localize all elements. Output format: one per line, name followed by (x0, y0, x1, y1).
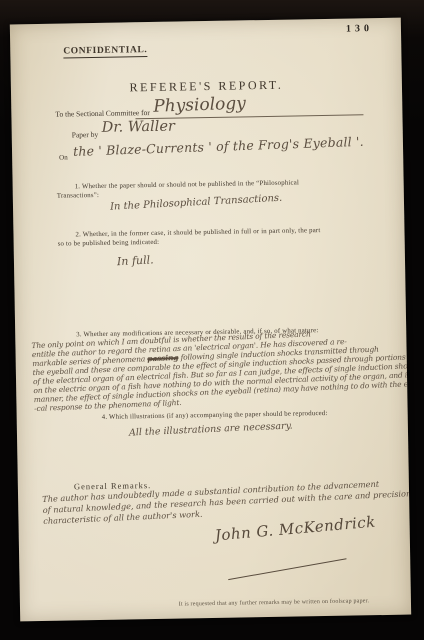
committee-handwritten-value: Physiology (153, 94, 246, 117)
on-label: On (59, 153, 68, 161)
paper-by-label: Paper by (72, 130, 99, 139)
question-2-line-2: so to be published being indicated: (58, 239, 160, 248)
question-1-line-2: Transactions”: (57, 192, 99, 200)
page-number: 130 (346, 23, 373, 34)
report-page: 130 CONFIDENTIAL. REFEREE'S REPORT. To t… (10, 18, 411, 622)
confidential-stamp: CONFIDENTIAL. (63, 45, 147, 58)
answer-4-handwritten: All the illustrations are necessary. (129, 420, 293, 438)
signature-flourish-line (228, 558, 346, 580)
answer-1-handwritten: In the Philosophical Transactions. (110, 193, 283, 213)
photo-background: { "document": { "page_number": "130", "c… (0, 0, 424, 640)
answer-3-handwritten-paragraph: The only point on which I am doubtful is… (31, 325, 408, 413)
paper-title-handwritten: the ' Blaze-Currents ' of the Frog's Eye… (73, 134, 364, 159)
question-2-line-1: 2. Whether, in the former case, it shoul… (75, 227, 320, 238)
answer-2-handwritten: In full. (117, 253, 154, 268)
author-handwritten-value: Dr. Waller (101, 119, 175, 136)
committee-label: To the Sectional Committee for (55, 108, 150, 119)
question-4-text: 4. Which illustrations (if any) accompan… (102, 410, 328, 421)
footer-instruction: It is requested that any further remarks… (132, 597, 411, 608)
question-1-line-1: 1. Whether the paper should or should no… (75, 179, 300, 190)
